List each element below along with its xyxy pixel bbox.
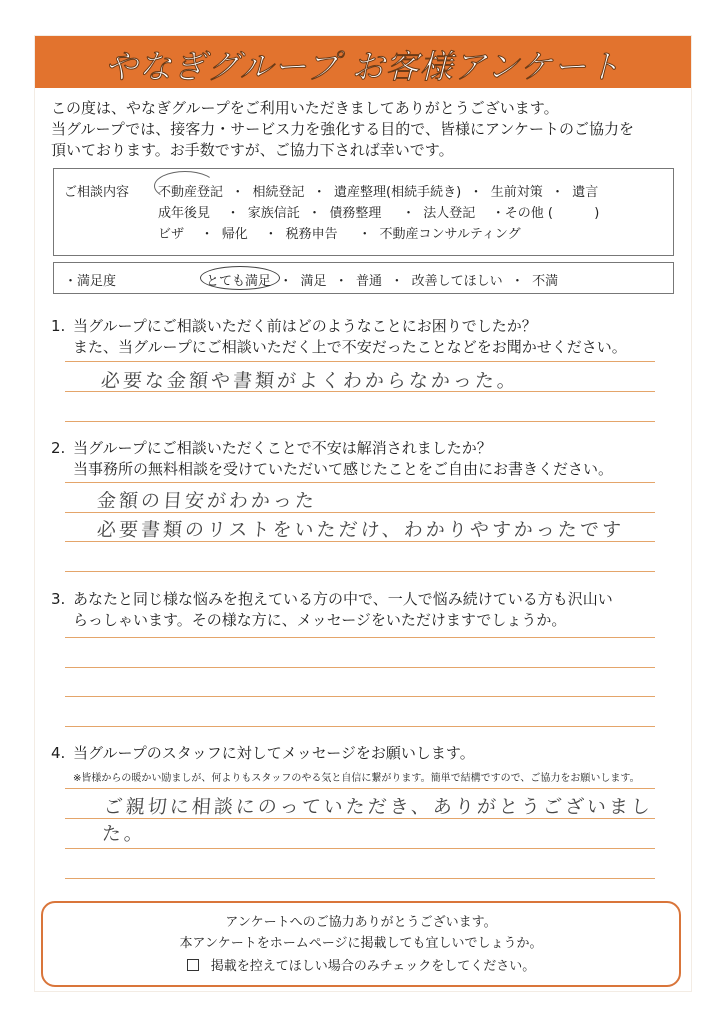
- answer-line[interactable]: [65, 878, 655, 879]
- intro-line: 当グループでは、接客力・サービス力を強化する目的で、皆様にアンケートのご協力を: [51, 119, 634, 140]
- publish-optout[interactable]: 掲載を控えてほしい場合のみチェックをしてください。: [43, 955, 679, 974]
- question-text: 当グループにご相談いただく前はどのようなことにお困りでしたか？: [73, 317, 537, 335]
- consultation-box: ご相談内容 不動産登記 ・ 相続登記 ・ 遺産整理(相続手続き) ・ 生前対策 …: [53, 168, 674, 256]
- answer-line[interactable]: [65, 637, 655, 638]
- question-note: ※皆様からの暖かい励ましが、何よりもスタッフのやる気と自信に繋がります。簡単で結…: [73, 769, 640, 784]
- answer-line[interactable]: [65, 788, 655, 789]
- question-number: 2.: [51, 438, 73, 459]
- satisfaction-box: ・満足度 とても満足 ・ 満足 ・ 普通 ・ 改善してほしい ・ 不満: [53, 262, 674, 294]
- footer-thanks: アンケートへのご協力ありがとうございます。: [43, 911, 679, 930]
- intro-line: 頂いております。お手数ですが、ご協力下されば幸いです。: [51, 140, 634, 161]
- intro-line: この度は、やなぎグループをご利用いただきましてありがとうございます。: [51, 98, 634, 119]
- survey-sheet: やなぎグループ お客様アンケート この度は、やなぎグループをご利用いただきまして…: [34, 35, 692, 992]
- answer-line[interactable]: [65, 361, 655, 362]
- consultation-options-row[interactable]: 不動産登記 ・ 相続登記 ・ 遺産整理(相続手続き) ・ 生前対策 ・ 遺言: [158, 181, 598, 200]
- answer-line[interactable]: [65, 571, 655, 572]
- question-text: 当事務所の無料相談を受けていただいて感じたことをご自由にお書きください。: [51, 459, 613, 480]
- handwritten-answer: 必要な金額や書類がよくわからなかった。: [100, 366, 520, 393]
- question-3: 3.あなたと同じ様な悩みを抱えている方の中で、一人で悩み続けている方も沢山い ら…: [51, 589, 613, 631]
- header-banner: やなぎグループ お客様アンケート: [35, 36, 691, 88]
- question-1: 1.当グループにご相談いただく前はどのようなことにお困りでしたか？ また、当グル…: [51, 316, 627, 358]
- question-text: 当グループのスタッフに対してメッセージをお願いします。: [73, 744, 475, 762]
- footer-question: 本アンケートをホームページに掲載しても宜しいでしょうか。: [43, 932, 679, 951]
- question-text: 当グループにご相談いただくことで不安は解消されましたか？: [73, 439, 492, 457]
- footer-box: アンケートへのご協力ありがとうございます。 本アンケートをホームページに掲載して…: [41, 901, 681, 987]
- handwritten-answer: ご親切に相談にのっていただき、ありがとうございました。: [101, 792, 693, 846]
- optout-checkbox[interactable]: [187, 959, 199, 971]
- consultation-options-row[interactable]: ビザ ・ 帰化 ・ 税務申告 ・ 不動産コンサルティング: [158, 223, 521, 242]
- answer-line[interactable]: [65, 667, 655, 668]
- answer-line[interactable]: [65, 696, 655, 697]
- intro-text: この度は、やなぎグループをご利用いただきましてありがとうございます。 当グループ…: [51, 98, 634, 161]
- answer-line[interactable]: [65, 848, 655, 849]
- satisfaction-label: ・満足度: [64, 270, 116, 289]
- question-text: らっしゃいます。その様な方に、メッセージをいただけますでしょうか。: [51, 610, 613, 631]
- handwritten-answer: 金額の目安がわかった: [96, 486, 318, 513]
- answer-line[interactable]: [65, 421, 655, 422]
- answer-line[interactable]: [65, 726, 655, 727]
- question-2: 2.当グループにご相談いただくことで不安は解消されましたか？ 当事務所の無料相談…: [51, 438, 613, 480]
- handwritten-answer: 必要書類のリストをいただけ、わかりやすかったです: [96, 515, 625, 542]
- question-text: あなたと同じ様な悩みを抱えている方の中で、一人で悩み続けている方も沢山い: [73, 590, 613, 608]
- answer-line[interactable]: [65, 818, 655, 819]
- question-number: 1.: [51, 316, 73, 337]
- satisfaction-options[interactable]: とても満足 ・ 満足 ・ 普通 ・ 改善してほしい ・ 不満: [206, 270, 558, 289]
- question-4: 4.当グループのスタッフに対してメッセージをお願いします。: [51, 743, 475, 764]
- question-text: また、当グループにご相談いただく上で不安だったことなどをお聞かせください。: [51, 337, 627, 358]
- question-number: 3.: [51, 589, 73, 610]
- answer-line[interactable]: [65, 482, 655, 483]
- answer-line[interactable]: [65, 512, 655, 513]
- optout-label: 掲載を控えてほしい場合のみチェックをしてください。: [211, 959, 536, 974]
- answer-line[interactable]: [65, 391, 655, 392]
- answer-line[interactable]: [65, 541, 655, 542]
- consultation-label: ご相談内容: [64, 181, 129, 200]
- consultation-options-row[interactable]: 成年後見 ・ 家族信託 ・ 債務整理 ・ 法人登記 ・その他 ( ): [158, 202, 599, 221]
- question-number: 4.: [51, 743, 73, 764]
- page-title: やなぎグループ お客様アンケート: [35, 41, 691, 88]
